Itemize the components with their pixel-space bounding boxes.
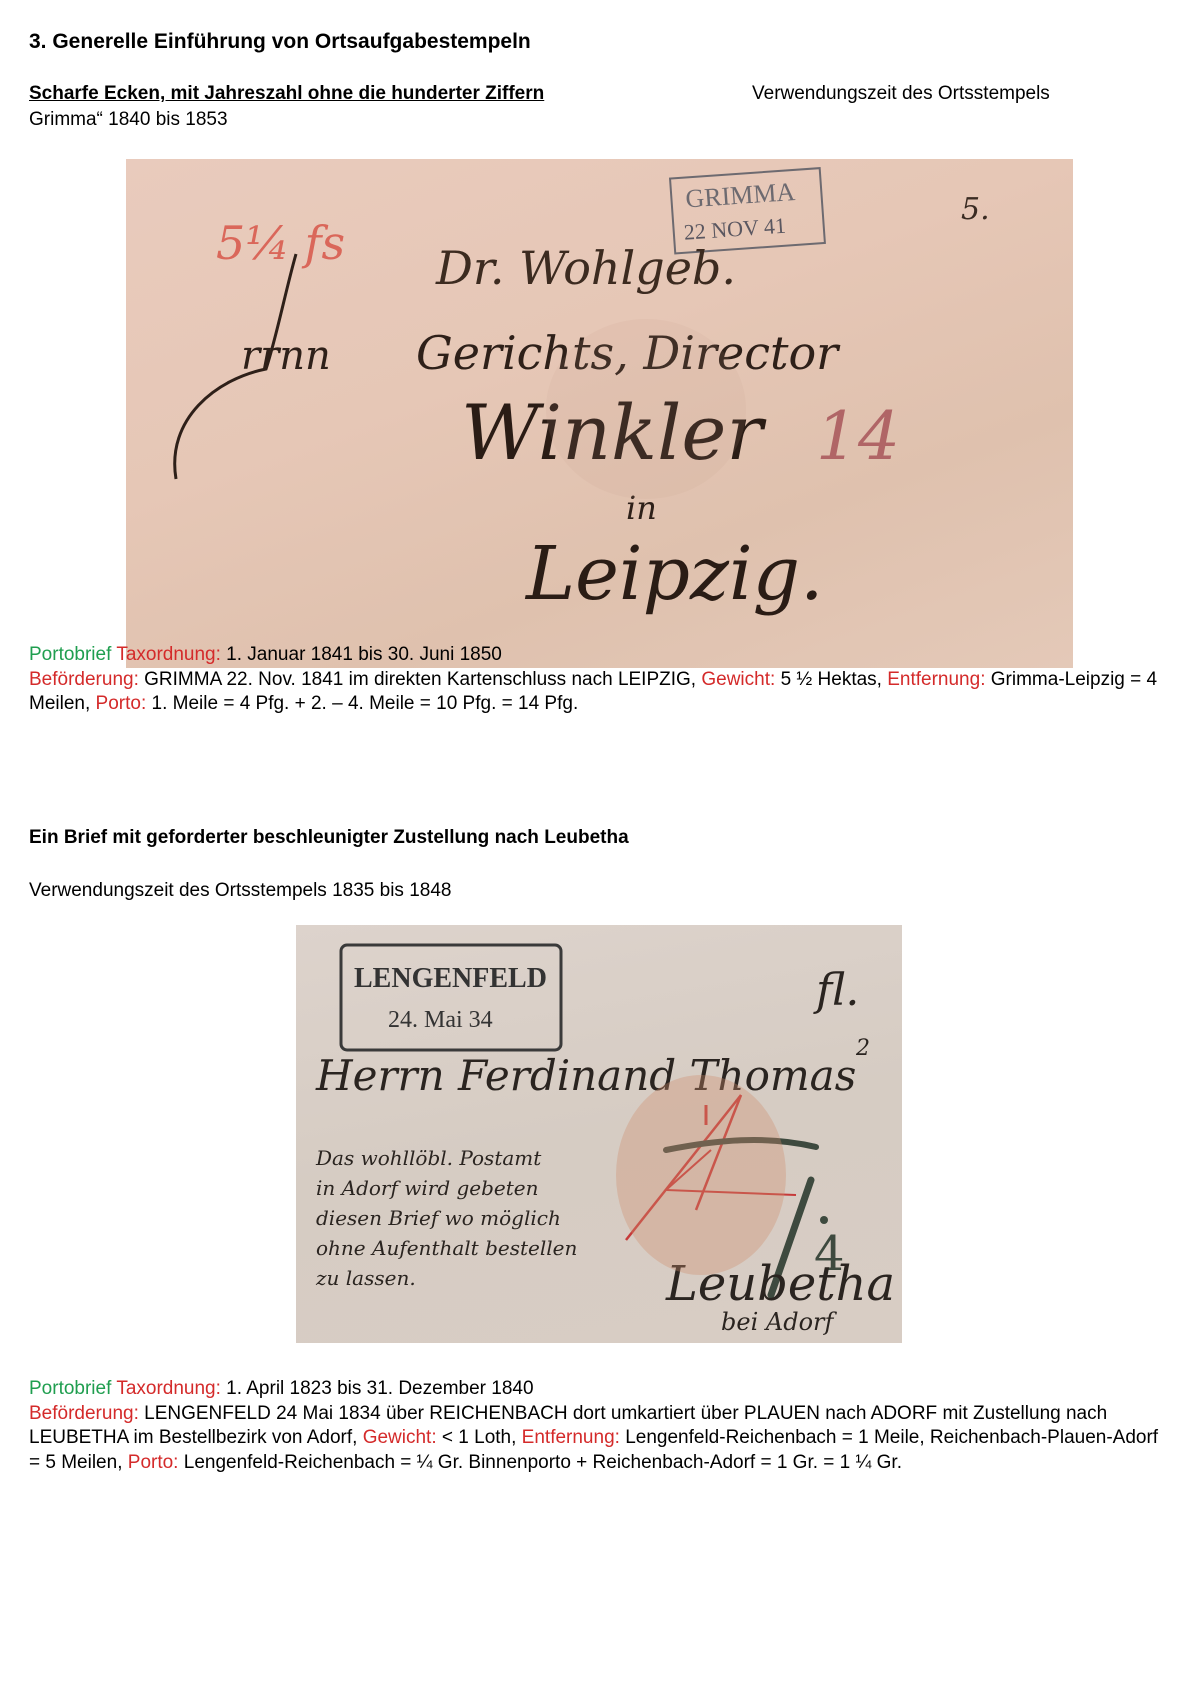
postage-text: 1. Meile = 4 Pfg. + 2. – 4. Meile = 10 P… bbox=[152, 693, 579, 714]
section1-transport-line: Beförderung: GRIMMA 22. Nov. 1841 im dir… bbox=[29, 668, 1169, 717]
svg-text:Herrn Ferdinand Thomas: Herrn Ferdinand Thomas bbox=[315, 1051, 856, 1100]
weight-text: 5 ½ Hektas, bbox=[781, 669, 882, 690]
svg-text:5.: 5. bbox=[961, 192, 990, 227]
svg-text:rrnn: rrnn bbox=[241, 333, 331, 379]
svg-text:Leipzig.: Leipzig. bbox=[524, 531, 824, 617]
label-befoerderung: Beförderung: bbox=[29, 669, 139, 690]
page-title: 3. Generelle Einführung von Ortsaufgabes… bbox=[29, 30, 531, 54]
label-porto: Porto: bbox=[96, 693, 147, 714]
letter-image-grimma: GRIMMA 22 NOV 41 5¼ fs 5. Dr. Wohlgeb. r… bbox=[126, 159, 1073, 668]
section1-subtitle: Grimma“ 1840 bis 1853 bbox=[29, 109, 228, 131]
svg-text:22 NOV 41: 22 NOV 41 bbox=[683, 213, 787, 245]
label-portobrief: Portobrief bbox=[29, 1378, 111, 1399]
svg-text:diesen Brief wo möglich: diesen Brief wo möglich bbox=[316, 1206, 561, 1230]
letter-handwriting: LENGENFELD 24. Mai 34 fl. 2 Herrn Ferdin… bbox=[296, 925, 902, 1343]
svg-text:zu lassen.: zu lassen. bbox=[315, 1266, 416, 1290]
section2-transport-line: Beförderung: LENGENFELD 24 Mai 1834 über… bbox=[29, 1402, 1169, 1476]
label-gewicht: Gewicht: bbox=[363, 1427, 437, 1448]
tariff-period: 1. April 1823 bis 31. Dezember 1840 bbox=[226, 1378, 533, 1399]
svg-text:fl.: fl. bbox=[813, 965, 859, 1016]
svg-text:14: 14 bbox=[816, 398, 900, 475]
lengenfeld-stamp: LENGENFELD 24. Mai 34 bbox=[341, 945, 561, 1050]
svg-text:in Adorf wird gebeten: in Adorf wird gebeten bbox=[316, 1176, 539, 1200]
letter-image-lengenfeld: LENGENFELD 24. Mai 34 fl. 2 Herrn Ferdin… bbox=[296, 925, 902, 1343]
svg-text:2: 2 bbox=[855, 1036, 870, 1061]
section2-heading: Ein Brief mit geforderter beschleunigter… bbox=[29, 827, 629, 849]
svg-text:24. Mai 34: 24. Mai 34 bbox=[388, 1007, 493, 1033]
section2-tariff-line: Portobrief Taxordnung: 1. April 1823 bis… bbox=[29, 1377, 1169, 1402]
svg-text:GRIMMA: GRIMMA bbox=[684, 177, 796, 214]
tariff-period: 1. Januar 1841 bis 30. Juni 1850 bbox=[226, 644, 502, 665]
svg-text:LENGENFELD: LENGENFELD bbox=[354, 963, 547, 994]
label-entfernung: Entfernung: bbox=[887, 669, 985, 690]
section1-details: Portobrief Taxordnung: 1. Januar 1841 bi… bbox=[29, 643, 1169, 717]
label-taxordnung: Taxordnung: bbox=[116, 1378, 221, 1399]
label-gewicht: Gewicht: bbox=[701, 669, 775, 690]
section2-details: Portobrief Taxordnung: 1. April 1823 bis… bbox=[29, 1377, 1169, 1475]
section1-tariff-line: Portobrief Taxordnung: 1. Januar 1841 bi… bbox=[29, 643, 1169, 668]
svg-text:Dr. Wohlgeb.: Dr. Wohlgeb. bbox=[435, 241, 736, 295]
section1-heading: Scharfe Ecken, mit Jahreszahl ohne die h… bbox=[29, 83, 544, 105]
section1-usage-label: Verwendungszeit des Ortsstempels bbox=[752, 83, 1050, 105]
svg-text:bei Adorf: bei Adorf bbox=[721, 1308, 837, 1336]
label-taxordnung: Taxordnung: bbox=[116, 644, 221, 665]
svg-text:5¼ fs: 5¼ fs bbox=[216, 216, 345, 270]
transport-text: GRIMMA 22. Nov. 1841 im direkten Kartens… bbox=[144, 669, 696, 690]
label-porto: Porto: bbox=[128, 1452, 179, 1473]
postage-text: Lengenfeld-Reichenbach = ¼ Gr. Binnenpor… bbox=[184, 1452, 902, 1473]
weight-text: < 1 Loth, bbox=[442, 1427, 516, 1448]
svg-text:Das wohllöbl. Postamt: Das wohllöbl. Postamt bbox=[315, 1146, 542, 1170]
label-befoerderung: Beförderung: bbox=[29, 1403, 139, 1424]
section2-usage: Verwendungszeit des Ortsstempels 1835 bi… bbox=[29, 880, 451, 902]
svg-text:ohne Aufenthalt bestellen: ohne Aufenthalt bestellen bbox=[316, 1236, 577, 1260]
label-portobrief: Portobrief bbox=[29, 644, 111, 665]
label-entfernung: Entfernung: bbox=[522, 1427, 620, 1448]
